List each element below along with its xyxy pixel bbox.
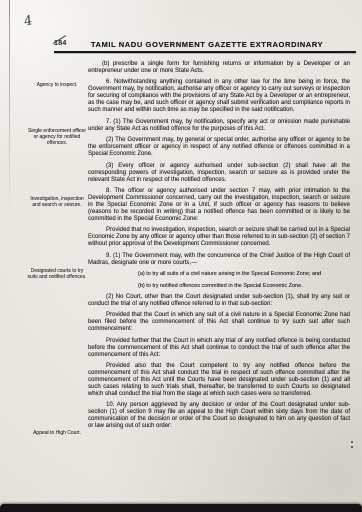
paragraph-section-9-proviso-1: Provided that the Court in which any sui…	[88, 312, 350, 333]
scan-bottom-band	[0, 504, 362, 512]
header-rule	[54, 51, 356, 53]
body-text-column: (b) prescribe a single form for furnishi…	[88, 61, 350, 435]
paragraph-section-7-3: (3) Every officer or agency authorised u…	[88, 163, 350, 184]
paragraph-section-9-proviso-3: Provided also that the Court competent t…	[88, 363, 350, 398]
margin-note-single-enforcement-officer: Single enforcement officer or agency for…	[26, 128, 88, 146]
scan-left-crease	[9, 0, 10, 215]
handwritten-mark: 4	[24, 13, 33, 30]
paragraph-section-8-proviso: Provided that no investigation, inspecti…	[88, 227, 350, 248]
margin-note-investigation-search-seizure: Investigation, inspection and search or …	[26, 196, 88, 208]
paragraph-section-9-1b: (b) to try notified offences committed i…	[88, 283, 350, 290]
paragraph-section-8: 8. The officer or agency authorised unde…	[88, 188, 350, 223]
paragraph-section-7-2: (2) The Government may, by general or sp…	[88, 137, 350, 158]
paragraph-section-9-proviso-2: Provided further that the Court in which…	[88, 338, 350, 359]
paragraph-section-9-1: 9. (1) The Government may, with the conc…	[88, 253, 350, 267]
gazette-title: TAMIL NADU GOVERNMENT GAZETTE EXTRAORDIN…	[60, 40, 354, 49]
paragraph-section-9-2: (2) No Court, other than the Court desig…	[88, 294, 350, 308]
margin-note-agency-to-inspect: Agency to inspect.	[26, 82, 88, 88]
margin-note-appeal-to-high-court: Appeal to High Court.	[26, 430, 88, 436]
gazette-page-scan: 4 184 TAMIL NADU GOVERNMENT GAZETTE EXTR…	[0, 0, 362, 512]
paragraph-section-9-1a: (a) to try all suits of a civil nature a…	[88, 271, 350, 278]
paragraph-section-6: 6. Notwithstanding anything contained in…	[88, 79, 350, 114]
paragraph-section-7-1: 7. (1) The Government may, by notificati…	[88, 119, 350, 133]
margin-note-designated-courts: Designated courts to try suits and notif…	[26, 268, 88, 280]
paragraph-section-10: 10. Any person aggrieved by any decision…	[88, 402, 350, 430]
pen-dots-mark	[351, 441, 354, 450]
paragraph-clause-b: (b) prescribe a single form for furnishi…	[88, 61, 350, 75]
